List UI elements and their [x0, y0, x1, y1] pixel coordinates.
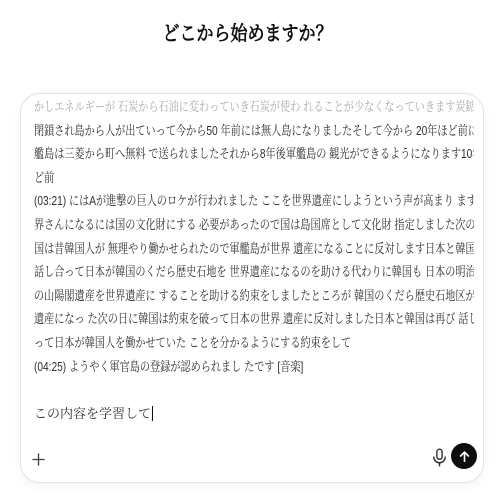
- attach-button[interactable]: [24, 445, 52, 473]
- text-caret: [152, 406, 153, 421]
- draft-line: この内容を学習して: [34, 402, 474, 426]
- send-button[interactable]: [451, 443, 477, 469]
- plus-icon: [29, 450, 48, 469]
- microphone-icon: [429, 447, 450, 468]
- composer: かしエネルギーが 石炭から石油に変わっていき石炭が使わ れることが少なくなってい…: [20, 93, 484, 483]
- dictate-button[interactable]: [425, 443, 453, 471]
- app-window: どこから始めますか？ かしエネルギーが 石炭から石油に変わっていき石炭が使わ れ…: [0, 0, 495, 495]
- pasted-transcript-text: かしエネルギーが 石炭から石油に変わっていき石炭が使わ れることが少なくなってい…: [34, 95, 474, 402]
- draft-text: この内容を学習して: [34, 406, 151, 421]
- composer-text-input[interactable]: かしエネルギーが 石炭から石油に変わっていき石炭が使わ れることが少なくなってい…: [34, 95, 474, 434]
- page-title: どこから始めますか？: [37, 17, 458, 46]
- arrow-up-icon: [457, 449, 472, 464]
